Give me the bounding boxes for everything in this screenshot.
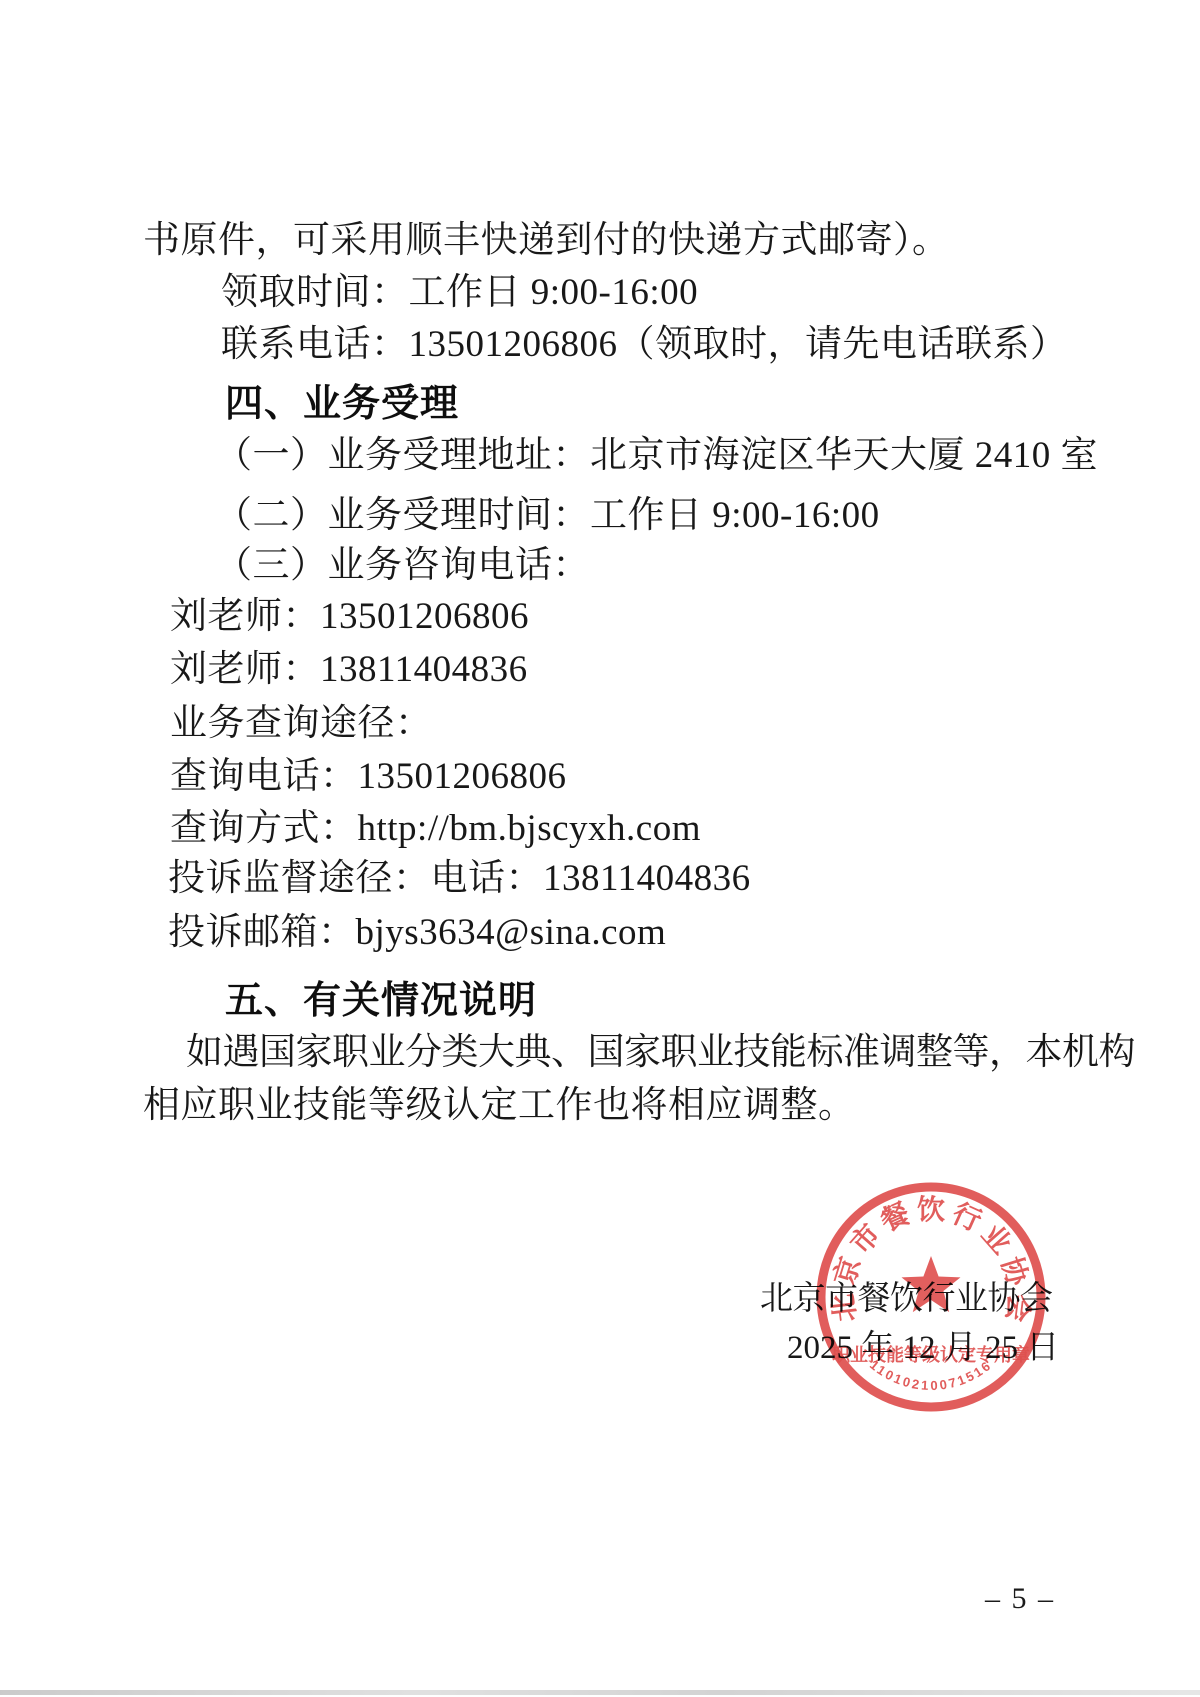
official-seal: 北京市餐饮行业协会 职业技能等级认定专用章 11010210071516 — [811, 1177, 1051, 1417]
seal-subtitle: 职业技能等级认定专用章 — [832, 1344, 1030, 1365]
body-line-inquiry-phone-label: （三）业务咨询电话： — [215, 547, 590, 584]
section-heading-4: 四、业务受理 — [225, 385, 459, 423]
body-line-pickup-time: 领取时间：工作日 9:00-16:00 — [221, 274, 698, 311]
body-line-address: （一）业务受理地址：北京市海淀区华天大厦 2410 室 — [215, 437, 1098, 474]
section-heading-5: 五、有关情况说明 — [225, 982, 537, 1020]
body-line: 书原件，可采用顺丰快递到付的快递方式邮寄）。 — [143, 222, 950, 259]
body-line-query-channel-label: 业务查询途径： — [170, 705, 433, 742]
body-line-complaint-email: 投诉邮箱：bjys3634@sina.com — [168, 914, 666, 951]
star-icon — [902, 1256, 961, 1312]
body-line-query-url: 查询方式：http://bm.bjscyxh.com — [170, 810, 701, 847]
body-line-complaint-phone: 投诉监督途径：电话：13811404836 — [168, 860, 751, 897]
page-number: – 5 – — [960, 1582, 1080, 1616]
body-line-note-1: 如遇国家职业分类大典、国家职业技能标准调整等，本机构 — [186, 1034, 1135, 1071]
body-line-hours: （二）业务受理时间：工作日 9:00-16:00 — [215, 497, 880, 534]
body-line-query-phone: 查询电话：13501206806 — [170, 758, 567, 795]
body-line-note-2: 相应职业技能等级认定工作也将相应调整。 — [143, 1087, 856, 1124]
body-line-teacher-liu-1: 刘老师：13501206806 — [170, 598, 529, 635]
body-line-teacher-liu-2: 刘老师：13811404836 — [170, 651, 528, 688]
scan-edge-artifact — [0, 1690, 1200, 1695]
body-line-contact-phone: 联系电话：13501206806（领取时，请先电话联系） — [221, 326, 1068, 363]
document-page: 书原件，可采用顺丰快递到付的快递方式邮寄）。 领取时间：工作日 9:00-16:… — [0, 0, 1200, 1697]
